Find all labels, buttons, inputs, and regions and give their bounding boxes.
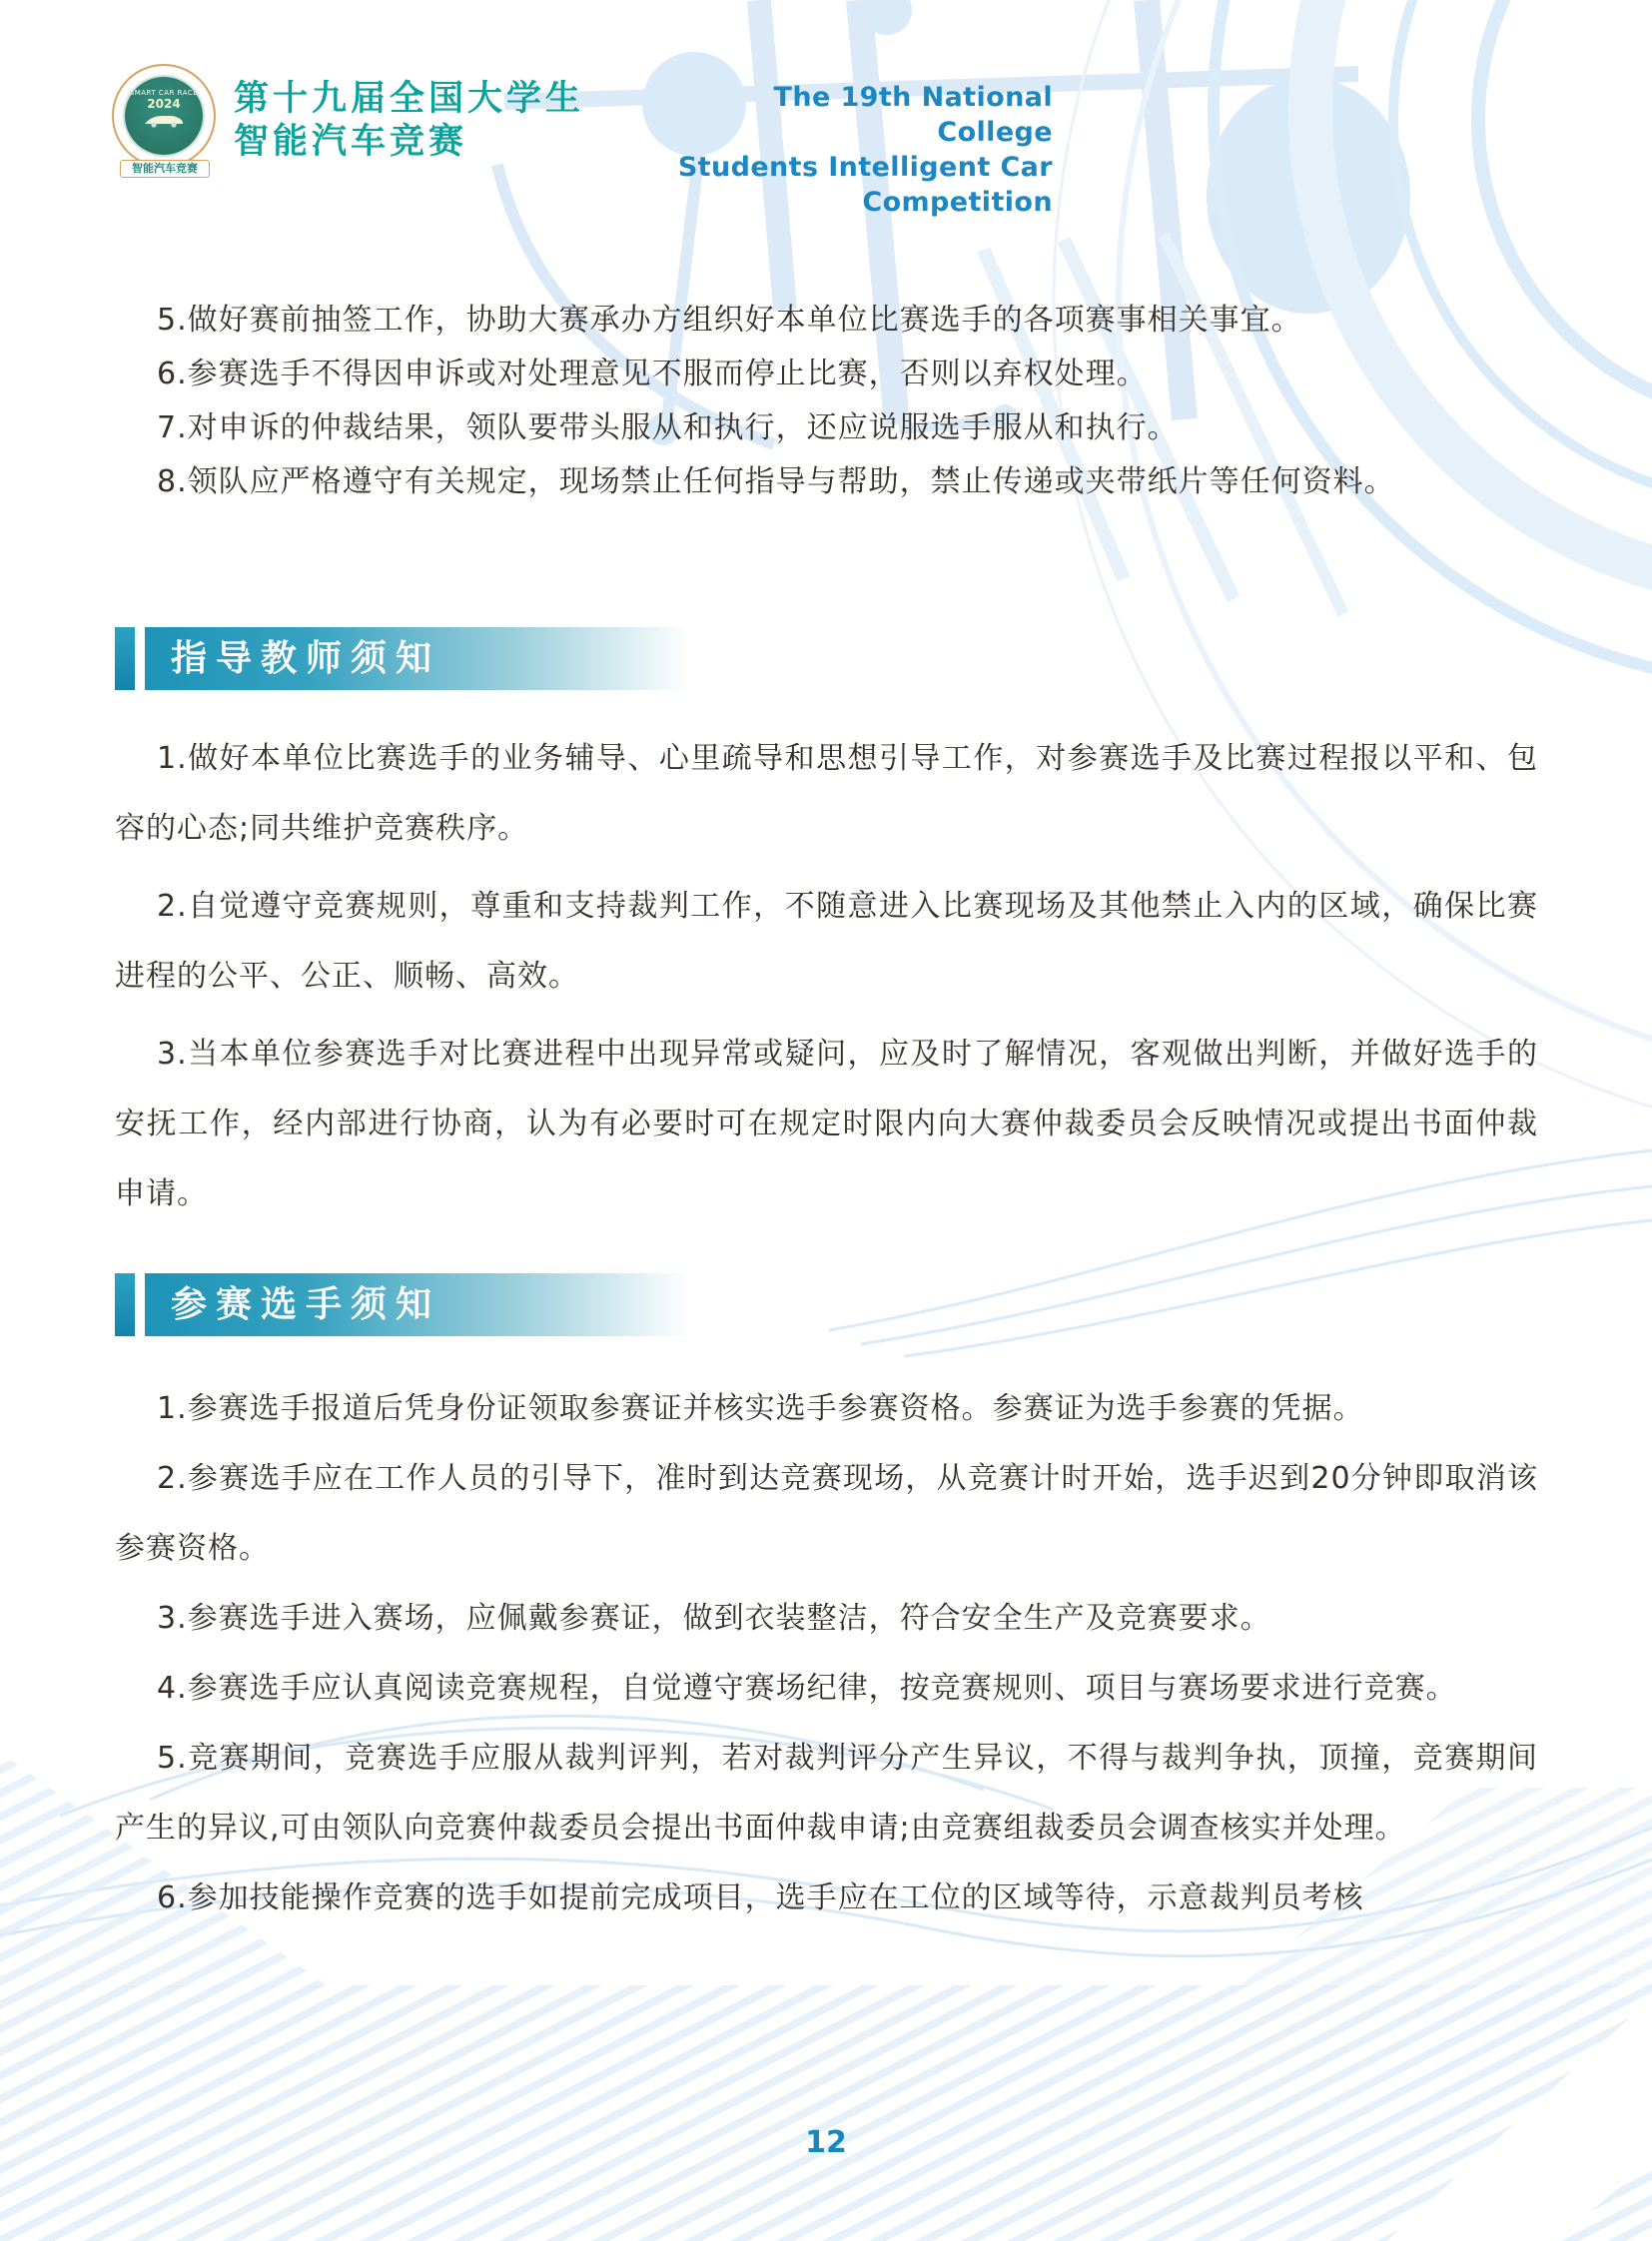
paragraph: 3.参赛选手进入赛场，应佩戴参赛证，做到衣装整洁，符合安全生产及竞赛要求。 xyxy=(115,1584,1538,1654)
paragraph: 2.自觉遵守竞赛规则，尊重和支持裁判工作，不随意进入比赛现场及其他禁止入内的区域… xyxy=(115,872,1538,1012)
paragraph: 5.做好赛前抽签工作，协助大赛承办方组织好本单位比赛选手的各项赛事相关事宜。 xyxy=(115,294,1538,348)
section-accent-bar xyxy=(115,627,135,690)
paragraph: 7.对申诉的仲裁结果，领队要带头服从和执行，还应说服选手服从和执行。 xyxy=(115,401,1538,455)
paragraph: 1.做好本单位比赛选手的业务辅导、心里疏导和思想引导工作，对参赛选手及比赛过程报… xyxy=(115,724,1538,864)
contestant-notes-paragraphs: 1.参赛选手报道后凭身份证领取参赛证并核实选手参赛资格。参赛证为选手参赛的凭据。… xyxy=(115,1374,1538,1933)
paragraph: 2.参赛选手应在工作人员的引导下，准时到达竞赛现场，从竞赛计时开始，选手迟到20… xyxy=(115,1444,1538,1584)
instructor-notes-paragraphs: 1.做好本单位比赛选手的业务辅导、心里疏导和思想引导工作，对参赛选手及比赛过程报… xyxy=(115,724,1538,1229)
paragraph: 4.参赛选手应认真阅读竞赛规程，自觉遵守赛场纪律，按竞赛规则、项目与赛场要求进行… xyxy=(115,1654,1538,1724)
page-content: 5.做好赛前抽签工作，协助大赛承办方组织好本单位比赛选手的各项赛事相关事宜。 6… xyxy=(115,0,1538,1933)
section-accent-bar xyxy=(115,1273,135,1336)
paragraph: 6.参加技能操作竞赛的选手如提前完成项目，选手应在工位的区域等待，示意裁判员考核 xyxy=(115,1864,1538,1933)
document-page: SMART CAR RACE 2024 智能汽车竞赛 第十九届全国大学生 智能汽… xyxy=(0,0,1652,2241)
paragraph: 3.当本单位参赛选手对比赛进程中出现异常或疑问，应及时了解情况，客观做出判断，并… xyxy=(115,1020,1538,1229)
section-title: 参赛选手须知 xyxy=(145,1273,690,1336)
leader-notes-items: 5.做好赛前抽签工作，协助大赛承办方组织好本单位比赛选手的各项赛事相关事宜。 6… xyxy=(115,294,1538,509)
paragraph: 8.领队应严格遵守有关规定，现场禁止任何指导与帮助，禁止传递或夹带纸片等任何资料… xyxy=(115,455,1538,509)
paragraph: 6.参赛选手不得因申诉或对处理意见不服而停止比赛，否则以弃权处理。 xyxy=(115,348,1538,401)
section-header-contestant-notes: 参赛选手须知 xyxy=(115,1273,1538,1336)
page-number: 12 xyxy=(0,2125,1652,2160)
paragraph: 1.参赛选手报道后凭身份证领取参赛证并核实选手参赛资格。参赛证为选手参赛的凭据。 xyxy=(115,1374,1538,1444)
section-header-instructor-notes: 指导教师须知 xyxy=(115,627,1538,690)
paragraph: 5.竞赛期间，竞赛选手应服从裁判评判，若对裁判评分产生异议，不得与裁判争执，顶撞… xyxy=(115,1724,1538,1864)
section-title: 指导教师须知 xyxy=(145,627,690,690)
